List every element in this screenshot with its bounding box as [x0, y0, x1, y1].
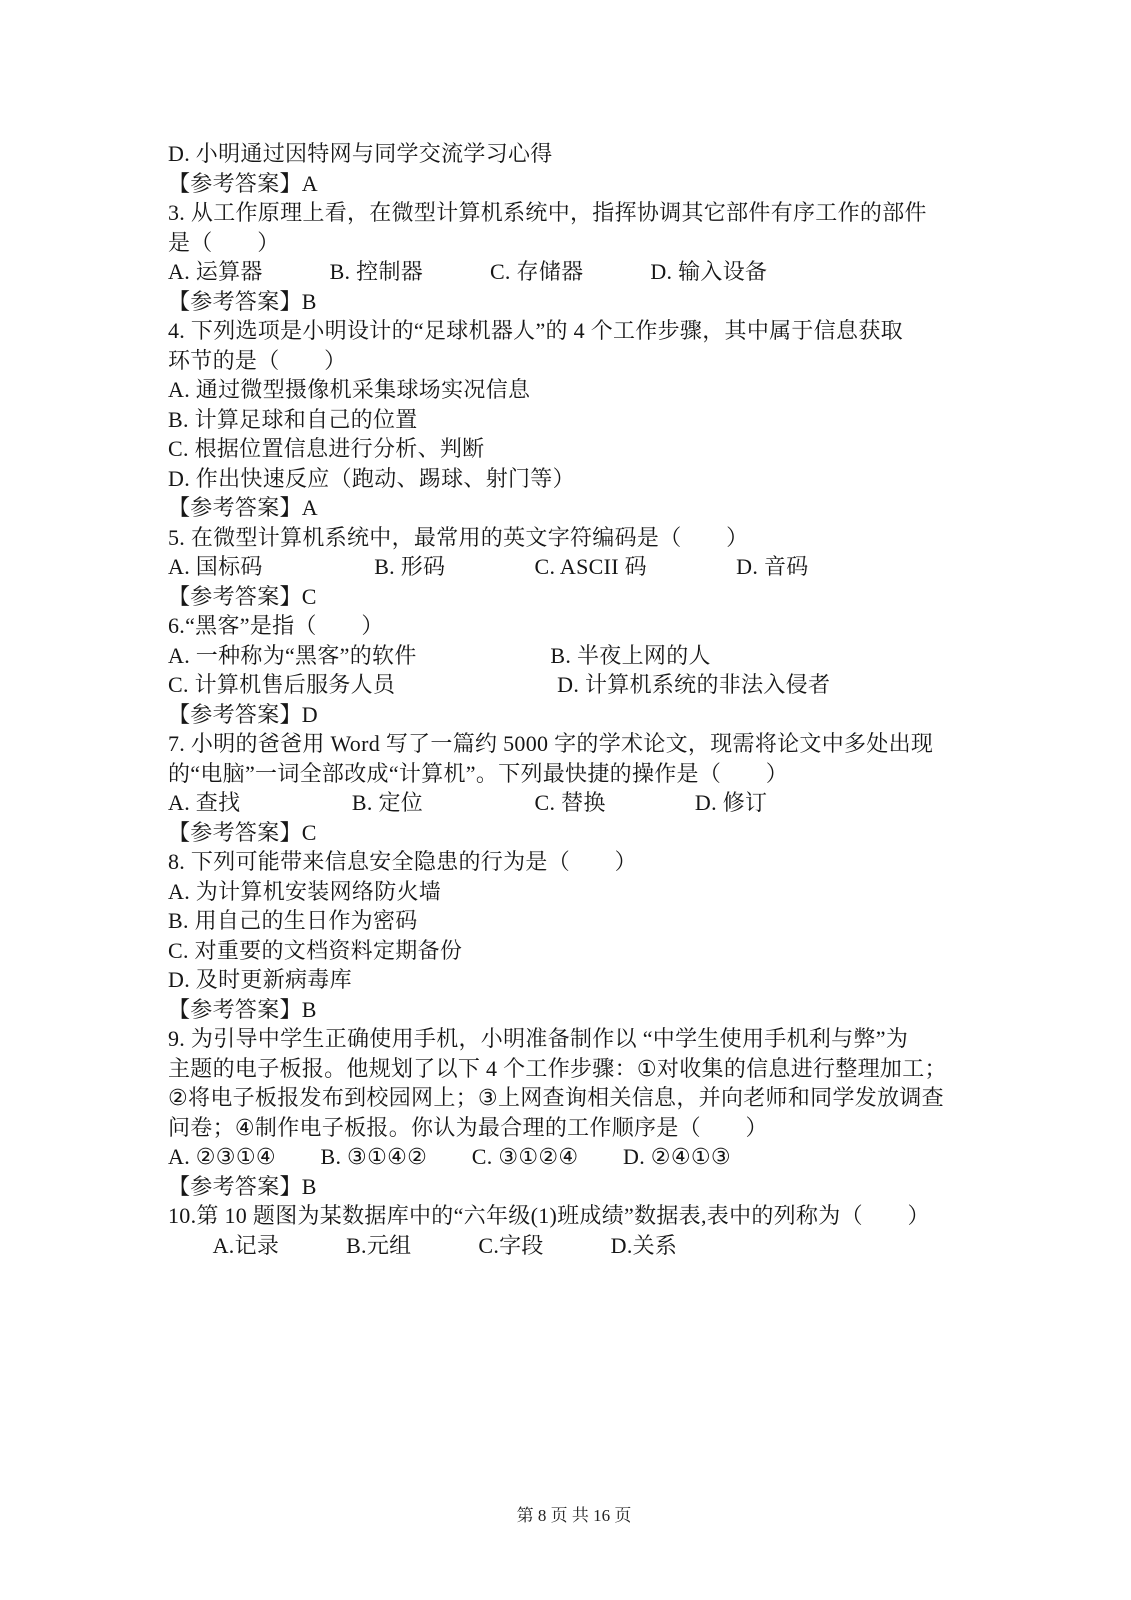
q4-option-b: B. 计算足球和自己的位置: [168, 405, 988, 435]
q9-stem-3: ②将电子板报发布到校园网上；③上网查询相关信息，并向老师和同学发放调查: [168, 1083, 988, 1113]
q3-options: A. 运算器 B. 控制器 C. 存储器 D. 输入设备: [168, 257, 988, 287]
q4-stem-2: 环节的是（ ）: [168, 346, 988, 376]
q3-answer: 【参考答案】B: [168, 287, 988, 317]
q7-stem-2: 的“电脑”一词全部改成“计算机”。下列最快捷的操作是（ ）: [168, 759, 988, 789]
q8-option-c: C. 对重要的文档资料定期备份: [168, 936, 988, 966]
q4-option-d: D. 作出快速反应（跑动、踢球、射门等）: [168, 464, 988, 494]
q4-option-c: C. 根据位置信息进行分析、判断: [168, 434, 988, 464]
q9-stem-2: 主题的电子板报。他规划了以下 4 个工作步骤：①对收集的信息进行整理加工；: [168, 1054, 988, 1084]
q10-options: A.记录 B.元组 C.字段 D.关系: [168, 1231, 988, 1261]
q9-options: A. ②③①④ B. ③①④② C. ③①②④ D. ②④①③: [168, 1142, 988, 1172]
page-footer: 第 8 页 共 16 页: [0, 1481, 1131, 1546]
q7-stem-1: 7. 小明的爸爸用 Word 写了一篇约 5000 字的学术论文，现需将论文中多…: [168, 729, 988, 759]
q9-stem-4: 问卷；④制作电子板报。你认为最合理的工作顺序是（ ）: [168, 1113, 988, 1143]
q7-options: A. 查找 B. 定位 C. 替换 D. 修订: [168, 788, 988, 818]
page-number-text: 第 8 页 共 16 页: [517, 1506, 632, 1525]
q4-stem-1: 4. 下列选项是小明设计的“足球机器人”的 4 个工作步骤，其中属于信息获取: [168, 316, 988, 346]
q8-option-b: B. 用自己的生日作为密码: [168, 906, 988, 936]
document-page: D. 小明通过因特网与同学交流学习心得【参考答案】A3. 从工作原理上看，在微型…: [0, 0, 1131, 1600]
question-text-block: D. 小明通过因特网与同学交流学习心得【参考答案】A3. 从工作原理上看，在微型…: [168, 139, 988, 1260]
q9-stem-1: 9. 为引导中学生正确使用手机，小明准备制作以 “中学生使用手机利与弊”为: [168, 1024, 988, 1054]
q2-option-d: D. 小明通过因特网与同学交流学习心得: [168, 139, 988, 169]
q7-answer: 【参考答案】C: [168, 818, 988, 848]
q10-stem: 10.第 10 题图为某数据库中的“六年级(1)班成绩”数据表,表中的列称为（ …: [168, 1201, 988, 1231]
q8-stem: 8. 下列可能带来信息安全隐患的行为是（ ）: [168, 847, 988, 877]
q6-answer: 【参考答案】D: [168, 700, 988, 730]
q5-answer: 【参考答案】C: [168, 582, 988, 612]
q6-options-cd: C. 计算机售后服务人员 D. 计算机系统的非法入侵者: [168, 670, 988, 700]
q6-stem: 6.“黑客”是指（ ）: [168, 611, 988, 641]
q4-answer: 【参考答案】A: [168, 493, 988, 523]
q6-options-ab: A. 一种称为“黑客”的软件 B. 半夜上网的人: [168, 641, 988, 671]
q8-answer: 【参考答案】B: [168, 995, 988, 1025]
q3-stem-2: 是（ ）: [168, 228, 988, 258]
q5-options: A. 国标码 B. 形码 C. ASCII 码 D. 音码: [168, 552, 988, 582]
q2-answer: 【参考答案】A: [168, 169, 988, 199]
q3-stem-1: 3. 从工作原理上看，在微型计算机系统中，指挥协调其它部件有序工作的部件: [168, 198, 988, 228]
q8-option-d: D. 及时更新病毒库: [168, 965, 988, 995]
q4-option-a: A. 通过微型摄像机采集球场实况信息: [168, 375, 988, 405]
q5-stem: 5. 在微型计算机系统中，最常用的英文字符编码是（ ）: [168, 523, 988, 553]
q9-answer: 【参考答案】B: [168, 1172, 988, 1202]
q8-option-a: A. 为计算机安装网络防火墙: [168, 877, 988, 907]
